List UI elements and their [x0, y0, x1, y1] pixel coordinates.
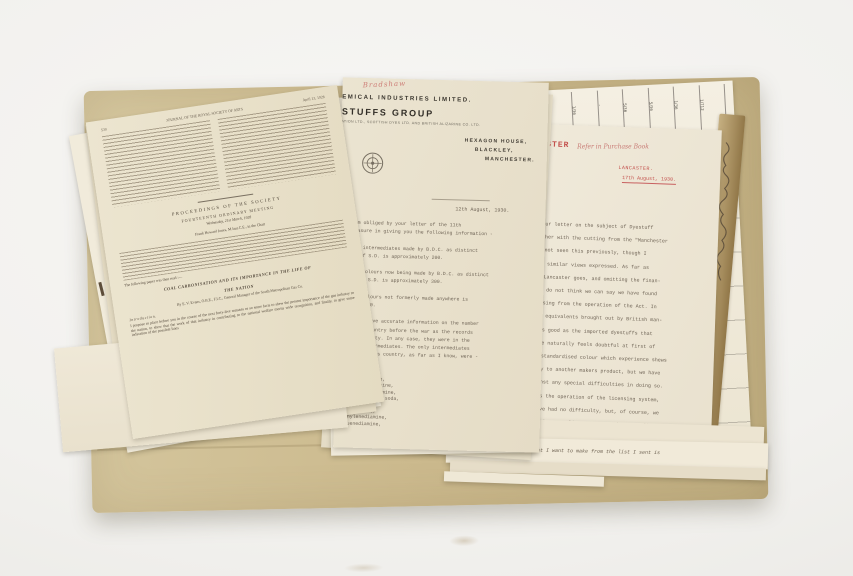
illegible-text-column [218, 103, 336, 190]
letter-date: 17th August, 1930. [622, 175, 676, 185]
group-name: DYESTUFFS GROUP [333, 106, 434, 119]
red-handwritten-note: Refer in Purchase Book [577, 144, 649, 151]
letter-place: LANCASTER. [618, 165, 653, 172]
column-label: - [597, 104, 602, 106]
journal-page: 530 JOURNAL OF THE ROYAL SOCIETY OF ARTS… [86, 85, 385, 439]
letterhead-reference-line [432, 199, 490, 202]
column-label: 1/36 [572, 106, 577, 115]
letter-date: 12th August, 1930. [455, 206, 509, 213]
subsidiaries-line: CORPORATION LTD., SCOTTISH DYES LTD. AND… [333, 119, 480, 127]
illegible-text-column [102, 120, 220, 207]
column-label: 5/36 [648, 102, 653, 111]
page-number: 530 [101, 128, 107, 133]
letterhead-address: HEXAGON HOUSE, BLACKLEY, MANCHESTER. [464, 137, 535, 166]
issue-date: April 13, 1928 [302, 95, 325, 102]
column-label: 1/712 [699, 99, 705, 111]
column-label: 1/36 [673, 100, 678, 109]
company-name: CHEMICAL INDUSTRIES LIMITED. [333, 94, 472, 104]
column-label: 5/36 [623, 103, 628, 112]
company-crest-icon [360, 150, 385, 177]
red-handwritten-note: Bradshaw [363, 80, 407, 90]
